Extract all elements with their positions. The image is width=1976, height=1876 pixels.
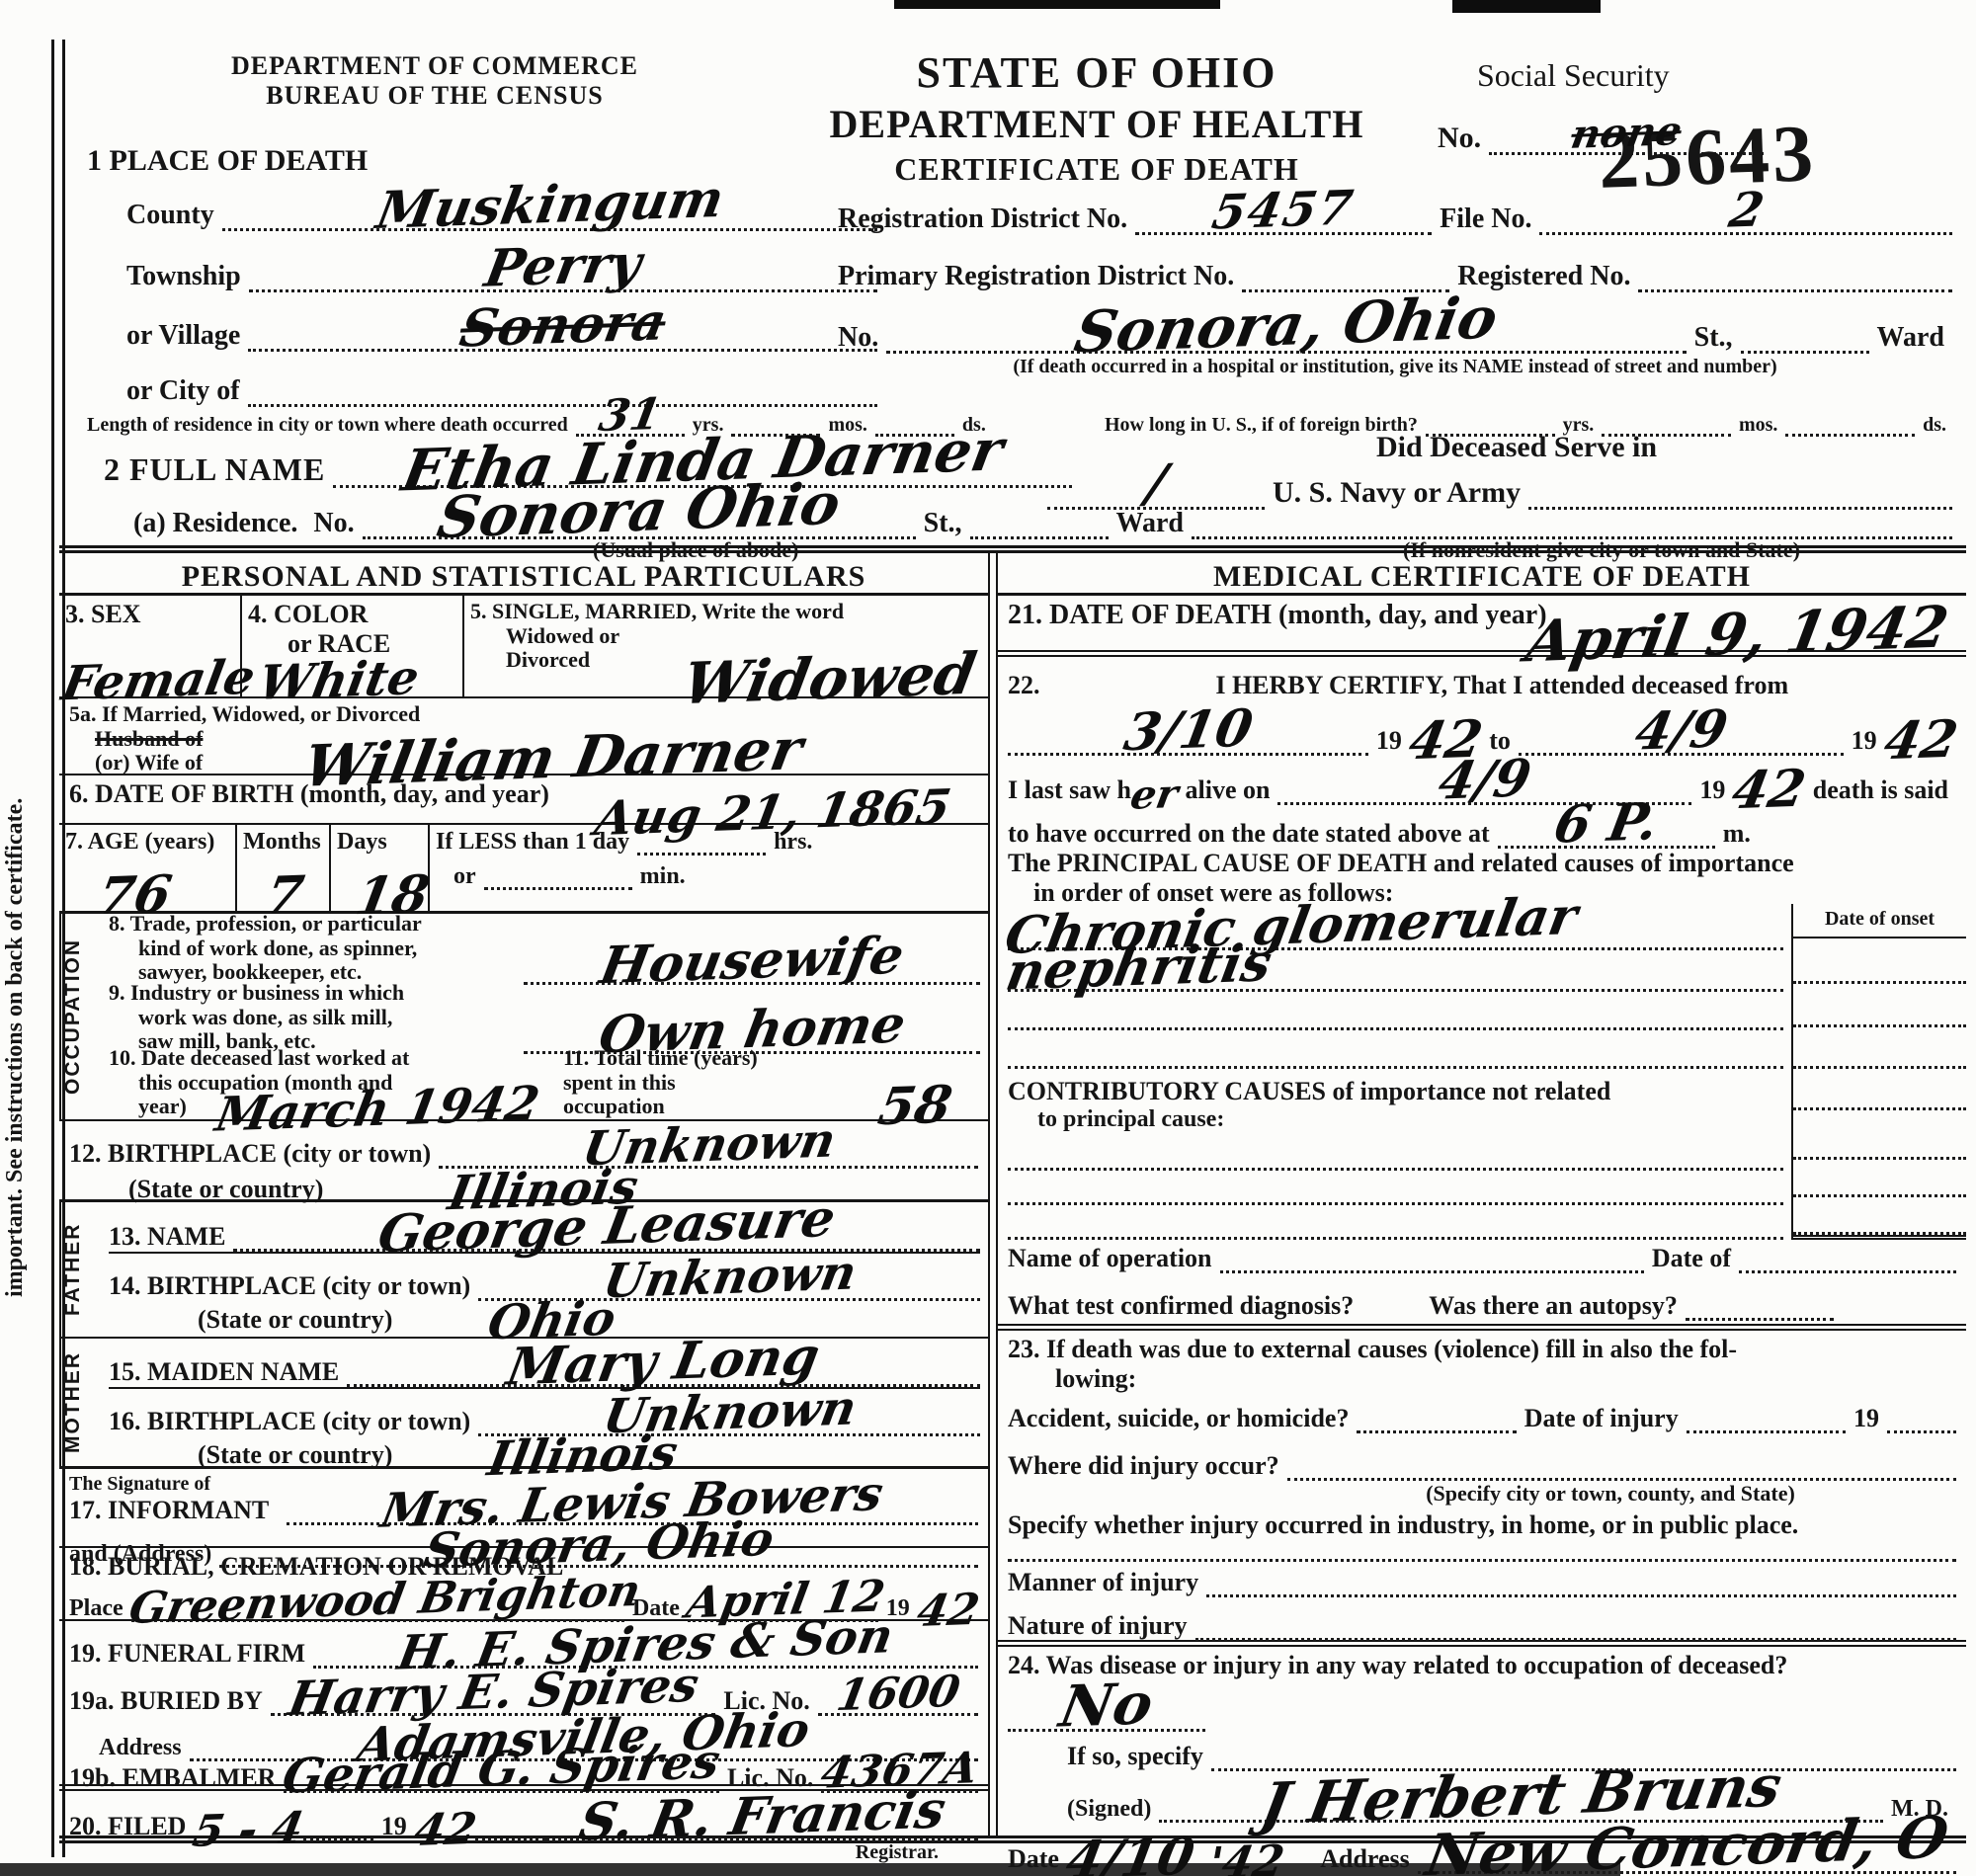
registration-district-value: 5457: [1209, 189, 1358, 234]
trade-label-1: 8. Trade, profession, or particular: [109, 912, 524, 937]
file-no-label: File No.: [1432, 204, 1539, 235]
sex-cell: 3. SEX Female: [59, 596, 242, 696]
mother-group: MOTHER 15. MAIDEN NAME Mary Long 16. BIR…: [59, 1339, 988, 1469]
primary-district-row: Primary Registration District No. Regist…: [838, 247, 1952, 292]
nature-label: Nature of injury: [1008, 1611, 1195, 1641]
filed-field-2: [475, 1838, 545, 1841]
buried-by-row: 19a. BURIED BY Harry E. Spires Lic. No. …: [59, 1669, 988, 1746]
mother-name-label: 15. MAIDEN NAME: [109, 1357, 347, 1387]
scan-artifact: [894, 0, 1220, 9]
county-field: Muskingum: [222, 184, 877, 231]
sex-label: 3. SEX: [65, 600, 234, 629]
village-row: or Village Sonora: [126, 296, 877, 352]
father-group: FATHER 13. NAME George Leasure 14. BIRTH…: [59, 1202, 988, 1339]
personal-title: PERSONAL AND STATISTICAL PARTICULARS: [59, 556, 988, 596]
min-label: min.: [632, 863, 694, 890]
father-bp-label: 14. BIRTHPLACE (city or town): [109, 1271, 478, 1301]
physician-addr-label: Address: [1312, 1844, 1418, 1874]
mother-bp-state-label: (State or country): [109, 1440, 400, 1470]
manner-field: [1206, 1594, 1956, 1597]
header-bottom-rule: [59, 545, 1966, 553]
father-bp-state-label: (State or country): [109, 1305, 400, 1335]
manner-row: Manner of injury: [998, 1564, 1966, 1607]
attended-from-field: 3/10: [1008, 709, 1368, 756]
last-saw-her: er: [1128, 777, 1181, 813]
full-name-label: 2 FULL NAME: [104, 451, 333, 488]
buried-by-label: 19a. BURIED BY: [69, 1686, 271, 1716]
physician-addr-field: New Concord, O: [1418, 1823, 1956, 1874]
birthplace-label: 12. BIRTHPLACE (city or town): [69, 1139, 439, 1169]
where-injury-block: Where did injury occur? (Specify city or…: [998, 1447, 1966, 1507]
ifso-label: If so, specify: [1067, 1742, 1211, 1771]
age-value: 76: [95, 873, 175, 920]
injury-date-field: [1687, 1430, 1846, 1433]
lastwork-value: March 1942: [212, 1085, 541, 1136]
sex-value: Female: [59, 658, 258, 704]
father-bp-city-value: Unknown: [600, 1254, 859, 1303]
age-months-cell: Months 7: [237, 825, 331, 911]
burial-place-label: Place: [69, 1595, 131, 1622]
physician-date-row: Date 4/10 '42 Address New Concord, O: [1008, 1823, 1956, 1874]
physician-addr-value: New Concord, O: [1423, 1814, 1951, 1876]
residence-value: Sonora Ohio: [434, 480, 844, 542]
institution-note: (If death occurred in a hospital or inst…: [838, 356, 1952, 378]
signed-label: (Signed): [1067, 1796, 1159, 1823]
sex-color-marital-row: 3. SEX Female 4. COLOR or RACE White 5. …: [59, 596, 988, 698]
last-saw-label-1: I last saw h: [1008, 775, 1131, 805]
mother-name-field: Mary Long: [347, 1341, 980, 1387]
county-label: County: [126, 200, 222, 231]
registered-no-field: [1638, 289, 1952, 292]
file-no-value: 2: [1726, 190, 1767, 231]
certify-no: 22.: [1008, 671, 1048, 700]
contributory-line-1: [1008, 1168, 1783, 1171]
buried-by-lic-value: 1600: [834, 1673, 962, 1715]
age-label: 7. AGE (years): [65, 829, 229, 856]
ss-no-label: No.: [1438, 122, 1489, 155]
to-year-prefix: 19: [1844, 726, 1885, 756]
registration-district-label: Registration District No.: [838, 204, 1135, 235]
husband-label: Husband of: [69, 727, 233, 752]
occurred-time-field: 6 P.: [1498, 802, 1715, 849]
age-row: 7. AGE (years) 76 Months 7 Days 18 If LE…: [59, 825, 988, 914]
operation-date-field: [1739, 1270, 1956, 1273]
trade-row: 8. Trade, profession, or particular kind…: [109, 916, 980, 985]
father-name-label: 13. NAME: [109, 1222, 233, 1252]
medical-title: MEDICAL CERTIFICATE OF DEATH: [998, 556, 1966, 596]
age-days-value: 18: [353, 873, 433, 920]
q24-answer-value: No: [1056, 1679, 1156, 1731]
where-injury-note: (Specify city or town, county, and State…: [1008, 1481, 1956, 1507]
filed-row: 20. FILED 5 - 4 19 42 S. R. Francis Regi…: [59, 1791, 988, 1850]
village-value: Sonora: [456, 300, 669, 351]
filed-label: 20. FILED: [69, 1812, 194, 1841]
lastwork-label-1: 10. Date deceased last worked at: [109, 1046, 534, 1071]
informant-addr-value: Sonora, Ohio: [421, 1519, 777, 1572]
injury-year-field: [1887, 1430, 1956, 1433]
where-injury-label: Where did injury occur?: [1008, 1451, 1287, 1481]
marital-label-1: 5. SINGLE, MARRIED, Write the word: [470, 600, 982, 624]
date-of-death-value: April 9, 1942: [1523, 603, 1952, 666]
contributory-label-block: CONTRIBUTORY CAUSES of importance not re…: [1008, 1069, 1783, 1136]
specify-injury-label: Specify whether injury occurred in indus…: [1008, 1510, 1956, 1540]
father-birthplace-row: 14. BIRTHPLACE (city or town)Unknown (St…: [109, 1254, 980, 1335]
personal-section: PERSONAL AND STATISTICAL PARTICULARS 3. …: [59, 556, 988, 1850]
certify-block: 22. I HERBY CERTIFY, That I attended dec…: [998, 657, 1966, 845]
agency-line1: DEPARTMENT OF COMMERCE: [168, 51, 701, 81]
father-vertical-label: FATHER: [59, 1202, 101, 1337]
state-title-block: STATE OF OHIO DEPARTMENT OF HEALTH CERTI…: [810, 45, 1383, 189]
attended-from-value: 3/10: [1120, 707, 1255, 756]
served-label-1: Did Deceased Serve in: [1284, 431, 1749, 464]
mother-vertical-label: MOTHER: [59, 1339, 101, 1466]
mother-bp-label: 16. BIRTHPLACE (city or town): [109, 1407, 478, 1436]
township-label: Township: [126, 261, 249, 292]
death-certificate-scan: important. See instructions on back of c…: [0, 0, 1976, 1876]
birthplace-state-label: (State or country): [69, 1175, 331, 1204]
from-year-prefix: 19: [1368, 726, 1410, 756]
hrs-field: [637, 853, 766, 856]
ward-label: Ward: [1869, 322, 1952, 354]
attended-to-field: 4/9: [1519, 709, 1844, 756]
registration-district-row: Registration District No. 5457 File No. …: [838, 186, 1952, 235]
township-value: Perry: [482, 242, 645, 291]
street-field: [1741, 351, 1869, 354]
industry-value: Own home: [596, 1004, 909, 1058]
embalmer-field: Gerald G. Spires: [284, 1750, 719, 1793]
nature-row: Nature of injury: [998, 1607, 1966, 1647]
marital-value: Widowed: [680, 650, 980, 708]
burial-year-value: 42: [914, 1591, 981, 1631]
dept-title: DEPARTMENT OF HEALTH: [810, 100, 1383, 149]
institution-row: No. Sonora, Ohio St., Ward: [838, 302, 1952, 354]
medical-section: MEDICAL CERTIFICATE OF DEATH 21. DATE OF…: [998, 556, 1966, 1858]
trade-field: Housewife: [524, 939, 980, 985]
institution-value: Sonora, Ohio: [1071, 294, 1501, 358]
registrar-field: S. R. Francis: [545, 1795, 978, 1841]
external-causes-block: 23. If death was due to external causes …: [998, 1331, 1966, 1447]
min-field: [484, 887, 632, 890]
agency-line2: BUREAU OF THE CENSUS: [168, 81, 701, 111]
last-saw-value: 4/9: [1436, 757, 1534, 803]
file-no-field: 2: [1539, 191, 1952, 235]
autopsy-field: [1686, 1318, 1834, 1321]
injury-date-label: Date of injury: [1517, 1404, 1687, 1433]
occupation-vertical-label: OCCUPATION: [59, 914, 101, 1119]
burial-place-field: Greenwood Brighton: [131, 1582, 624, 1622]
age-days-cell: Days 18: [331, 825, 430, 911]
last-saw-label-2: alive on: [1178, 775, 1278, 805]
specify-injury-block: Specify whether injury occurred in indus…: [998, 1507, 1966, 1564]
margin-note: important. See instructions on back of c…: [2, 553, 41, 1541]
autopsy-label: Was there an autopsy?: [1421, 1291, 1686, 1321]
birthplace-row: 12. BIRTHPLACE (city or town)Unknown (St…: [59, 1121, 988, 1202]
total-value: 58: [874, 1084, 954, 1130]
state-title: STATE OF OHIO: [810, 45, 1383, 100]
residence-label: (a) Residence.: [133, 508, 305, 539]
cause-value-2: nephritis: [1003, 941, 1275, 994]
external-label-1: 23. If death was due to external causes …: [1008, 1335, 1956, 1364]
us-days-field: [1785, 434, 1915, 437]
cause-of-death-block: Chronic glomerular nephritis CONTRIBUTOR…: [998, 904, 1966, 1240]
industry-row: 9. Industry or business in which work wa…: [109, 985, 980, 1054]
accident-label: Accident, suicide, or homicide?: [1008, 1404, 1357, 1433]
color-value: White: [256, 658, 422, 703]
village-field: Sonora: [248, 304, 877, 352]
residence-field: Sonora Ohio: [363, 487, 916, 539]
last-saw-row: I last saw h er alive on 4/9 19 42 death…: [1008, 756, 1956, 805]
embalmer-label: 19b. EMBALMER: [69, 1763, 284, 1793]
township-row: Township Perry: [126, 237, 877, 292]
informant-label-1: The Signature of: [69, 1473, 287, 1496]
residence-st-label: St.,: [916, 508, 970, 539]
manner-label: Manner of injury: [1008, 1568, 1206, 1597]
principal-cause-label-1: The PRINCIPAL CAUSE OF DEATH and related…: [1008, 849, 1956, 878]
place-of-death-title: 1 PLACE OF DEATH: [87, 144, 368, 178]
attended-dates-row: 3/10 19 42 to 4/9 19 42: [1008, 700, 1956, 756]
physician-date-value: 4/10: [1063, 1835, 1197, 1876]
q24-answer-field: No: [1008, 1681, 1205, 1732]
accident-field: [1357, 1430, 1516, 1433]
dob-value: Aug 21, 1865: [592, 787, 953, 840]
certify-text: I HERBY CERTIFY, That I attended decease…: [1048, 671, 1957, 700]
street-label: St.,: [1687, 322, 1741, 354]
attended-to-value: 4/9: [1631, 707, 1730, 754]
date-of-onset-label: Date of onset: [1793, 904, 1966, 938]
test-label: What test confirmed diagnosis?: [1008, 1291, 1361, 1321]
color-label-1: 4. COLOR: [248, 600, 456, 629]
contributory-label-2: to principal cause:: [1008, 1106, 1783, 1133]
residence-no-label: No.: [305, 508, 362, 539]
spouse-value: William Darner: [300, 725, 806, 791]
agency-block: DEPARTMENT OF COMMERCE BUREAU OF THE CEN…: [168, 51, 701, 111]
occupation-group: OCCUPATION 8. Trade, profession, or part…: [59, 914, 988, 1121]
mother-birthplace-row: 16. BIRTHPLACE (city or town)Unknown (St…: [109, 1389, 980, 1470]
or-label: or: [436, 863, 484, 890]
county-value: Muskingum: [373, 178, 727, 233]
trade-value: Housewife: [597, 935, 907, 989]
saw-year-value: 42: [1729, 768, 1809, 814]
institution-no-label: No.: [838, 322, 886, 354]
informant-label-2: 17. INFORMANT: [69, 1496, 287, 1525]
saw-year-prefix: 19: [1691, 775, 1733, 805]
filed-field-1: [303, 1838, 373, 1841]
column-divider: [988, 553, 998, 1837]
filed-year-prefix: 19: [373, 1812, 415, 1841]
months-label: Months: [243, 829, 323, 856]
specify-injury-field: [1008, 1559, 1956, 1562]
mother-bp-state-value: Illinois: [485, 1433, 681, 1480]
us-ds-label: ds.: [1915, 414, 1954, 437]
test-autopsy-row: What test confirmed diagnosis? Was there…: [998, 1287, 1966, 1331]
external-label-2: lowing:: [1008, 1364, 1956, 1394]
injury-year-prefix: 19: [1846, 1404, 1887, 1433]
occupation-related-block: 24. Was disease or injury in any way rel…: [998, 1647, 1966, 1858]
occurred-time-value: 6 P.: [1551, 800, 1661, 848]
operation-date-label: Date of: [1644, 1244, 1739, 1273]
registration-district-field: 5457: [1135, 191, 1432, 235]
buried-by-lic-field: 1600: [818, 1675, 978, 1716]
primary-district-label: Primary Registration District No.: [838, 261, 1242, 292]
village-label: or Village: [126, 320, 248, 352]
contributory-label-1: CONTRIBUTORY CAUSES of importance not re…: [1008, 1077, 1783, 1106]
contributory-line-2: [1008, 1202, 1783, 1205]
social-security-title: Social Security: [1477, 57, 1670, 94]
days-label: Days: [337, 829, 422, 856]
color-cell: 4. COLOR or RACE White: [242, 596, 464, 696]
residence-st-field: [970, 536, 1109, 539]
cause-line-4: [1008, 1066, 1783, 1069]
scan-artifact: [1452, 0, 1601, 13]
to-year-value: 42: [1880, 718, 1960, 765]
lastwork-total-row: 10. Date deceased last worked at this oc…: [109, 1054, 980, 1119]
age-years-cell: 7. AGE (years) 76: [59, 825, 237, 911]
township-field: Perry: [249, 245, 877, 292]
marital-cell: 5. SINGLE, MARRIED, Write the word Widow…: [464, 596, 988, 696]
date-of-death-label: 21. DATE OF DEATH (month, day, and year): [1008, 600, 1547, 630]
operation-row: Name of operation Date of: [998, 1240, 1966, 1287]
operation-label: Name of operation: [1008, 1244, 1220, 1273]
informant-row: The Signature of 17. INFORMANT Mrs. Lewi…: [59, 1469, 988, 1548]
date-of-death-row: 21. DATE OF DEATH (month, day, and year)…: [998, 596, 1966, 657]
physician-date-label: Date: [1008, 1844, 1067, 1874]
death-said-label: death is said: [1805, 775, 1956, 805]
where-injury-field: [1287, 1478, 1956, 1481]
registrar-value: S. R. Francis: [575, 1789, 947, 1845]
father-name-field: George Leasure: [233, 1205, 980, 1252]
filed-year-value: 42: [411, 1811, 478, 1850]
ss-no-value: none: [1569, 115, 1685, 152]
accident-row: Accident, suicide, or homicide? Date of …: [1008, 1404, 1956, 1433]
date-of-onset-column: Date of onset: [1791, 904, 1966, 1240]
industry-label-2: work was done, as silk mill,: [109, 1006, 524, 1030]
physician-date-year: '42: [1205, 1842, 1286, 1876]
institution-field: Sonora, Ohio: [886, 301, 1686, 354]
industry-label-1: 9. Industry or business in which: [109, 981, 524, 1006]
cause-line-2: nephritis: [1008, 946, 1783, 992]
operation-field: [1220, 1270, 1644, 1273]
mother-name-value: Mary Long: [504, 1336, 822, 1390]
trade-label-2: kind of work done, as spinner,: [109, 937, 524, 961]
filed-day-value: 5 - 4: [191, 1810, 307, 1850]
county-row: County Muskingum: [126, 176, 877, 231]
cause-line-3: [1008, 1027, 1783, 1030]
funeral-firm-label: 19. FUNERAL FIRM: [69, 1639, 313, 1669]
nature-field: [1195, 1638, 1956, 1641]
